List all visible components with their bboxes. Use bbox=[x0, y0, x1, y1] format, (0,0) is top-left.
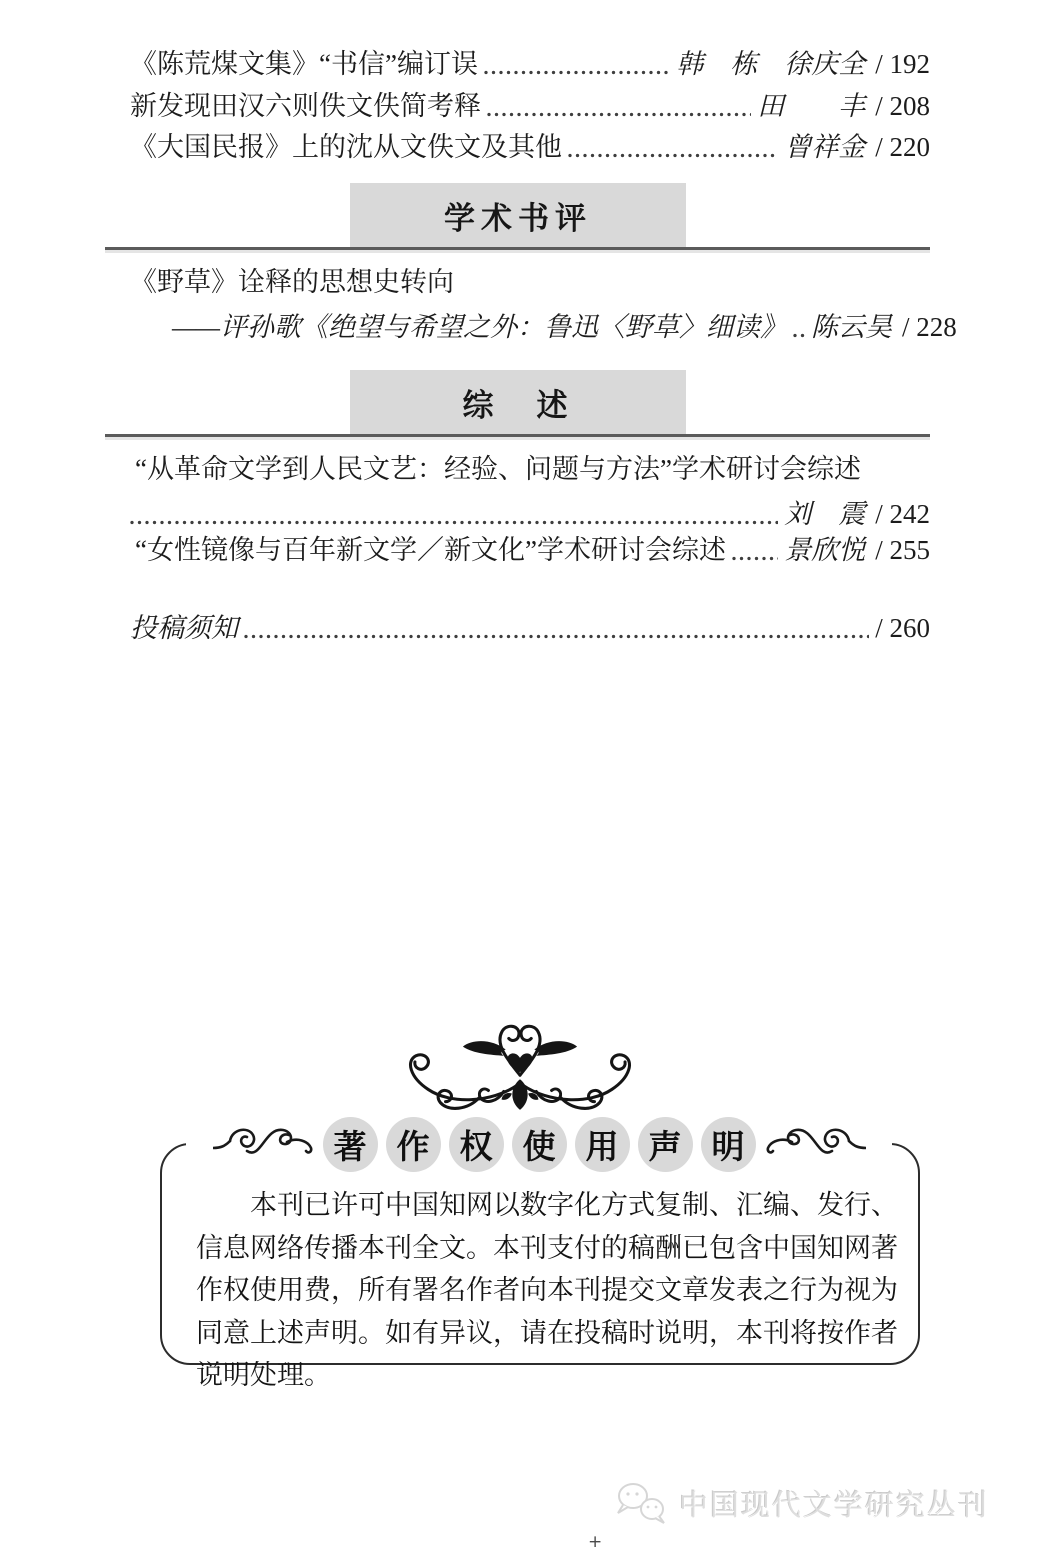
toc-entry-page: / 228 bbox=[902, 309, 957, 345]
toc-entry-subtitle-row: ——评孙歌《绝望与希望之外：鲁迅〈野草〉细读》 陈云昊 / 228 bbox=[172, 309, 930, 345]
submission-notice-row: 投稿须知 / 260 bbox=[130, 610, 930, 646]
scroll-flourish-right-icon bbox=[762, 1115, 866, 1173]
title-char-circle: 使 bbox=[512, 1117, 567, 1172]
title-char-circle: 明 bbox=[701, 1117, 756, 1172]
toc-entry-title: 《陈荒煤文集》“书信”编订误 bbox=[130, 46, 478, 82]
section-header-label: 学术书评 bbox=[444, 193, 592, 238]
dot-leader bbox=[130, 519, 778, 526]
toc-entry-title: 新发现田汉六则佚文佚简考释 bbox=[130, 88, 481, 124]
copyright-title-band: 著 作 权 使 用 声 明 bbox=[186, 1112, 892, 1176]
section-divider-rule bbox=[105, 434, 930, 437]
scroll-flourish-left-icon bbox=[213, 1115, 317, 1173]
dot-leader bbox=[732, 555, 778, 562]
section-header-label: 综 述 bbox=[463, 380, 574, 425]
toc-entry-title: “从革命文学到人民文艺：经验、问题与方法”学术研讨会综述 bbox=[135, 451, 861, 487]
toc-entry-authors: 曾祥金 bbox=[784, 129, 865, 165]
toc-entry-title: “女性镜像与百年新文学／新文化”学术研讨会综述 bbox=[135, 532, 726, 568]
toc-entry-page: / 255 bbox=[875, 532, 930, 568]
toc-entry-title: 《大国民报》上的沈从文佚文及其他 bbox=[130, 129, 562, 165]
dot-leader bbox=[793, 332, 805, 339]
toc-entry-page: / 192 bbox=[875, 46, 930, 82]
toc-entry-authors: 景欣悦 bbox=[784, 532, 865, 568]
dot-leader bbox=[244, 633, 869, 640]
dot-leader bbox=[484, 69, 670, 76]
wechat-icon bbox=[613, 1480, 671, 1526]
toc-entry-authors: 陈云昊 bbox=[811, 309, 892, 345]
title-char-circle: 用 bbox=[575, 1117, 630, 1172]
toc-entry-authors: 刘 震 bbox=[784, 496, 865, 532]
submission-notice-page: / 260 bbox=[875, 610, 930, 646]
title-char-circle: 权 bbox=[449, 1117, 504, 1172]
toc-entry-subtitle: ——评孙歌《绝望与希望之外：鲁迅〈野草〉细读》 bbox=[172, 309, 787, 345]
toc-entry: “女性镜像与百年新文学／新文化”学术研讨会综述 景欣悦 / 255 bbox=[135, 532, 930, 568]
dot-leader bbox=[568, 152, 778, 159]
toc-entry-page: / 242 bbox=[875, 496, 930, 532]
title-char-circle: 作 bbox=[386, 1117, 441, 1172]
toc-entry: 新发现田汉六则佚文佚简考释 田 丰 / 208 bbox=[130, 88, 930, 124]
journal-brand-text: 中国现代文学研究丛刊 bbox=[679, 1483, 989, 1524]
toc-entry-authors: 韩 栋 徐庆全 bbox=[676, 46, 865, 82]
section-header-summary: 综 述 bbox=[350, 370, 686, 434]
title-char-circle: 著 bbox=[323, 1117, 378, 1172]
heart-flourish-ornament bbox=[385, 1016, 655, 1118]
title-char-circle: 声 bbox=[638, 1117, 693, 1172]
journal-toc-page: 《陈荒煤文集》“书信”编订误 韩 栋 徐庆全 / 192 新发现田汉六则佚文佚简… bbox=[0, 0, 1041, 1550]
submission-notice-title: 投稿须知 bbox=[130, 610, 238, 646]
copyright-statement-text: 本刊已许可中国知网以数字化方式复制、汇编、发行、信息网络传播本刊全文。本刊支付的… bbox=[196, 1184, 898, 1397]
section-divider-rule bbox=[105, 247, 930, 250]
dot-leader bbox=[487, 111, 751, 118]
journal-brand-watermark: 中国现代文学研究丛刊 bbox=[613, 1480, 989, 1526]
toc-entry: 《大国民报》上的沈从文佚文及其他 曾祥金 / 220 bbox=[130, 129, 930, 165]
toc-entry-page: / 208 bbox=[875, 88, 930, 124]
copyright-title: 著 作 权 使 用 声 明 bbox=[323, 1117, 756, 1172]
section-header-reviews: 学术书评 bbox=[350, 183, 686, 247]
toc-entry-title: 《野草》诠释的思想史转向 bbox=[130, 264, 454, 300]
toc-entry: 《陈荒煤文集》“书信”编订误 韩 栋 徐庆全 / 192 bbox=[130, 46, 930, 82]
toc-entry-page: / 220 bbox=[875, 129, 930, 165]
page-bottom-mark: + bbox=[588, 1532, 602, 1550]
toc-entry-continuation-row: 刘 震 / 242 bbox=[130, 496, 930, 532]
toc-entry-authors: 田 丰 bbox=[757, 88, 865, 124]
